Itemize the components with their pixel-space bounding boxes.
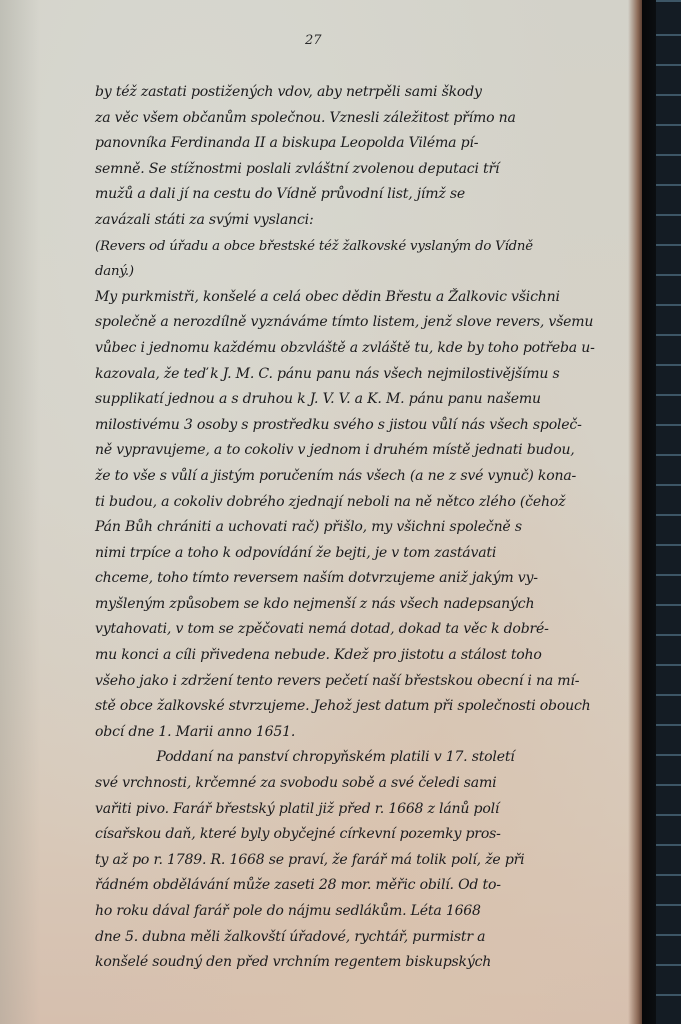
text-line: myšleným způsobem se kdo nejmenší z nás … xyxy=(95,592,635,618)
text-line: mu konci a cíli přivedena nebude. Kdež p… xyxy=(95,643,635,669)
text-line: dne 5. dubna měli žalkovští úřadové, ryc… xyxy=(95,925,635,951)
manuscript-page: 27 by též zastati postižených vdov, aby … xyxy=(0,0,642,1024)
text-line: Poddaní na panství chropyňském platili v… xyxy=(95,745,635,771)
paragraph-complaint: by též zastati postižených vdov, aby net… xyxy=(95,80,640,234)
text-line: mužů a dali jí na cestu do Vídně průvodn… xyxy=(95,182,635,208)
text-line: daný.) xyxy=(95,259,635,285)
photo-scene: 27 by též zastati postižených vdov, aby … xyxy=(0,0,681,1024)
page-number: 27 xyxy=(305,33,322,48)
paragraph-subjects: Poddaní na panství chropyňském platili v… xyxy=(95,745,640,975)
text-line: semně. Se stížnostmi poslali zvláštní zv… xyxy=(95,157,635,183)
text-line: stě obce žalkovské stvrzujeme. Jehož jes… xyxy=(95,694,635,720)
text-line: chceme, toho tímto reversem naším dotvrz… xyxy=(95,566,635,592)
text-line: své vrchnosti, krčemné za svobodu sobě a… xyxy=(95,771,635,797)
text-line: ti budou, a cokoliv dobrého zjednají neb… xyxy=(95,490,635,516)
text-line: všeho jako i zdržení tento revers pečetí… xyxy=(95,669,635,695)
text-line: že to vše s vůlí a jistým poručením nás … xyxy=(95,464,635,490)
text-line: supplikatí jednou a s druhou k J. V. V. … xyxy=(95,387,635,413)
text-line: ho roku dával farář pole do nájmu sedlák… xyxy=(95,899,635,925)
text-line: vařiti pivo. Farář břestský platil již p… xyxy=(95,797,635,823)
text-line: panovníka Ferdinanda II a biskupa Leopol… xyxy=(95,131,635,157)
text-line: by též zastati postižených vdov, aby net… xyxy=(95,80,635,106)
text-line: kazovala, že teď k J. M. C. pánu panu ná… xyxy=(95,362,635,388)
paragraph-revers-heading: (Revers od úřadu a obce břestské též žal… xyxy=(95,234,640,285)
page-edge-shadow xyxy=(640,0,656,1024)
text-line: ty až po r. 1789. R. 1668 se praví, že f… xyxy=(95,848,635,874)
text-line: Pán Bůh chrániti a uchovati rač) přišlo,… xyxy=(95,515,635,541)
text-line: řádném obdělávání může zaseti 28 mor. mě… xyxy=(95,873,635,899)
text-line: za věc všem občanům společnou. Vznesli z… xyxy=(95,106,635,132)
text-line: milostivému 3 osoby s prostředku svého s… xyxy=(95,413,635,439)
text-line: císařskou daň, které byly obyčejné círke… xyxy=(95,822,635,848)
text-line: obcí dne 1. Marii anno 1651. xyxy=(95,720,635,746)
text-line: zavázali státi za svými vyslanci: xyxy=(95,208,635,234)
text-line: (Revers od úřadu a obce břestské též žal… xyxy=(95,234,635,260)
paragraph-revers-text: My purkmistři, konšelé a celá obec dědin… xyxy=(95,285,640,746)
text-line: vůbec i jednomu každému obzvláště a zvlá… xyxy=(95,336,635,362)
handwritten-text-block: by též zastati postižených vdov, aby net… xyxy=(95,80,640,976)
text-line: konšelé soudný den před vrchním regentem… xyxy=(95,950,635,976)
text-line: My purkmistři, konšelé a celá obec dědin… xyxy=(95,285,635,311)
text-line: nimi trpíce a toho k odpovídání že bejti… xyxy=(95,541,635,567)
text-line: ně vypravujeme, a to cokoliv v jednom i … xyxy=(95,438,635,464)
text-line: společně a nerozdílně vyznáváme tímto li… xyxy=(95,310,635,336)
text-line: vytahovati, v tom se zpěčovati nemá dota… xyxy=(95,617,635,643)
